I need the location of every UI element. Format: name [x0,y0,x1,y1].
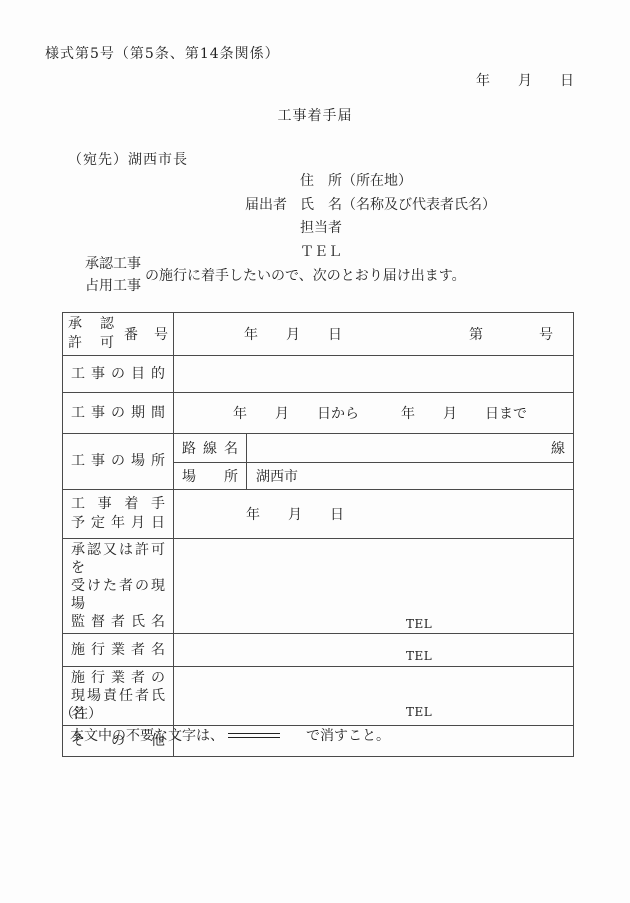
applicant-label: 届出者 [245,194,300,218]
preamble-text: の施行に着手したいので、次のとおり届け出ます。 [145,265,466,285]
site-manager-tel-label: TEL [406,705,432,719]
approval-number-value-cell: 年 月 日 第 号 [174,313,574,356]
form-number: 様式第5号（第5条、第14条関係） [45,43,280,63]
note-body: 本文中の不要な文字は、で消すこと。 [70,725,390,745]
site-manager-value-cell: TEL [174,667,574,726]
table-row: 工事の場所 路線名 線 [63,434,574,463]
period-value-cell: 年 月 日から 年 月 日まで [174,393,574,434]
document-page: 様式第5号（第5条、第14条関係） 年 月 日 工事着手届 （宛先）湖西市長 住… [0,0,630,903]
table-row: 工事着手 予定年月日 年 月 日 [63,490,574,539]
approval-number-label-cell: 承認 許可 番号 [63,313,174,356]
route-name-value-cell: 線 [247,434,574,463]
applicant-contact-label: 担当者 [300,217,342,241]
applicant-label-spacer [245,217,300,241]
applicant-address-row: 住 所（所在地） [245,170,496,194]
place-label: 場所 [174,463,247,490]
contractor-label: 施行業者名 [63,634,174,667]
purpose-label: 工事の目的 [63,356,174,393]
table-row: 承認又は許可を 受けた者の現場 監督者氏名 TEL [63,539,574,634]
approval-number-values: 年 月 日 第 号 [182,324,565,344]
table-row: 施行業者の 現場責任者氏名 TEL [63,667,574,726]
contractor-value-cell: TEL [174,634,574,667]
form-table: 承認 許可 番号 年 月 日 第 号 工事の目的 工事の期間 年 月 日 [62,312,574,757]
approval-number-composite: 承認 許可 番号 [63,313,173,355]
applicant-address-label: 住 所（所在地） [300,170,412,194]
period-label: 工事の期間 [63,393,174,434]
document-title: 工事着手届 [0,105,630,125]
start-date-value-cell: 年 月 日 [174,490,574,539]
note-text-after: で消すこと。 [306,728,390,744]
supervisor-label: 承認又は許可を 受けた者の現場 監督者氏名 [63,539,174,634]
strikethrough-mark-icon [228,733,280,738]
work-type-approval: 承認工事 [85,253,141,275]
work-type-options: 承認工事 占用工事 [85,253,141,297]
table-row: 承認 許可 番号 年 月 日 第 号 [63,313,574,356]
approval-date-placeholder: 年 月 日 [244,324,342,344]
supervisor-tel-label: TEL [406,617,432,631]
applicant-name-row: 届出者 氏 名（名称及び代表者氏名） [245,194,496,218]
date-line: 年 月 日 [476,70,574,90]
start-date-label: 工事着手 予定年月日 [63,490,174,539]
table-row: 施行業者名 TEL [63,634,574,667]
purpose-value-cell [174,356,574,393]
note-heading: （注） [60,703,102,723]
table-row: 工事の期間 年 月 日から 年 月 日まで [63,393,574,434]
applicant-block: 住 所（所在地） 届出者 氏 名（名称及び代表者氏名） 担当者 ＴＥＬ [245,170,496,264]
route-name-label: 路線名 [174,434,247,463]
applicant-label-spacer [245,170,300,194]
contractor-tel-label: TEL [406,649,432,663]
supervisor-value-cell: TEL [174,539,574,634]
note-text-before: 本文中の不要な文字は、 [70,728,224,744]
location-label: 工事の場所 [63,434,174,490]
applicant-contact-row: 担当者 [245,217,496,241]
table-row: 工事の目的 [63,356,574,393]
approval-number-placeholder: 第 号 [469,324,553,344]
addressee: （宛先）湖西市長 [68,149,188,169]
preamble: 承認工事 占用工事 の施行に着手したいので、次のとおり届け出ます。 [85,253,466,297]
place-value-cell: 湖西市 [247,463,574,490]
approval-permit-label: 承認 許可 [68,315,114,353]
work-type-occupancy: 占用工事 [85,275,141,297]
number-label: 番号 [124,324,168,344]
applicant-name-label: 氏 名（名称及び代表者氏名） [300,194,496,218]
